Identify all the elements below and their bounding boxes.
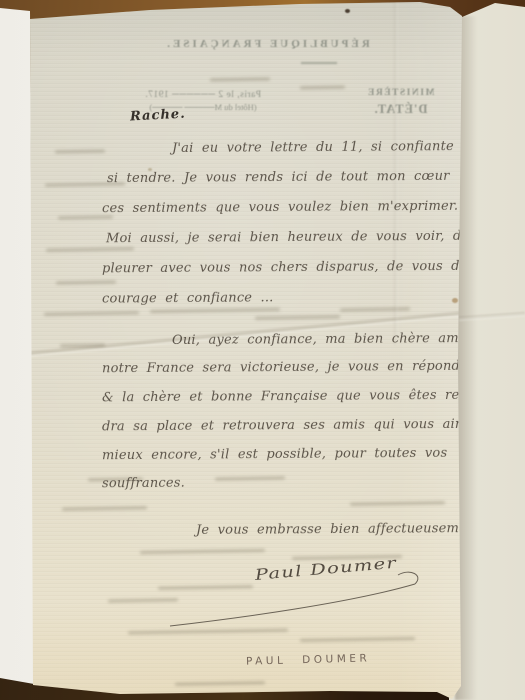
letter-line: Je vous embrasse bien affectueusement xyxy=(196,521,481,538)
letterhead-ministere: MINISTÈRE D'ÉTAT. xyxy=(348,88,453,117)
letter-line: courage et confiance ... xyxy=(102,290,274,306)
letterhead-date-line: Paris, le 2 ────── 1917. xyxy=(89,90,317,100)
letterhead-ministere-line2: D'ÉTAT. xyxy=(348,102,453,117)
foxing-spot xyxy=(148,168,152,171)
letterhead-rule xyxy=(301,62,337,64)
letter-line: dra sa place et retrouvera ses amis qui … xyxy=(102,417,504,435)
letterhead-hotel-line: (Hôtel du M───── ─────) xyxy=(89,102,317,112)
letter-line: J'ai eu votre lettre du 11, si confiante… xyxy=(172,139,476,156)
letter-line: pleurer avec vous nos chers disparus, de… xyxy=(102,259,499,277)
letter-line: & la chère et bonne Française que vous ê… xyxy=(102,388,495,406)
letter-line: souffrances. xyxy=(102,476,185,492)
letter-line: mieux encore, s'il est possible, pour to… xyxy=(102,446,447,463)
ink-annotation: Rache. xyxy=(130,107,186,125)
letter-line: notre France sera victorieuse, je vous e… xyxy=(102,359,471,377)
letter-line: Moi aussi, je serai bien heureux de vous… xyxy=(106,229,469,247)
letterhead-showthrough-mirrored: RÉPUBLIQUE FRANÇAISE. MINISTÈRE D'ÉTAT. … xyxy=(30,28,465,132)
letter-page: RÉPUBLIQUE FRANÇAISE. MINISTÈRE D'ÉTAT. … xyxy=(0,0,525,700)
letterhead-ministere-line1: MINISTÈRE xyxy=(348,88,453,98)
letterhead-date-block: Paris, le 2 ────── 1917. (Hôtel du M────… xyxy=(89,90,317,112)
foxing-spot xyxy=(345,9,350,13)
letterhead-republique: RÉPUBLIQUE FRANÇAISE. xyxy=(69,38,465,50)
letter-line: ces sentiments que vous voulez bien m'ex… xyxy=(102,199,458,216)
foxing-spot xyxy=(452,298,458,303)
letter-line: si tendre. Je vous rends ici de tout mon… xyxy=(107,169,450,186)
photograph-of-handwritten-letter: RÉPUBLIQUE FRANÇAISE. MINISTÈRE D'ÉTAT. … xyxy=(0,0,525,700)
letter-line: Oui, ayez confiance, ma bien chère amie … xyxy=(172,331,484,348)
